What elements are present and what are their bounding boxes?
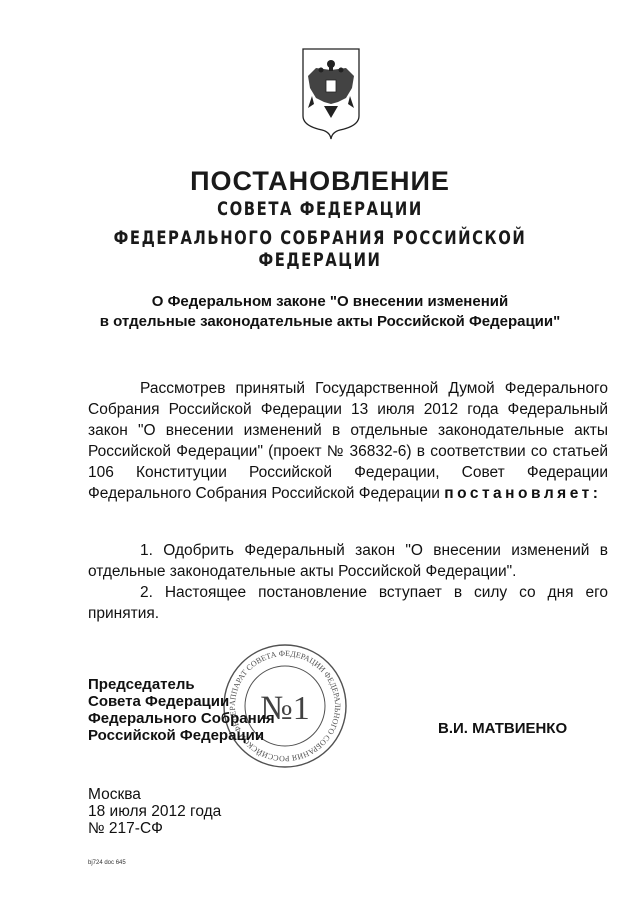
document-subject: О Федеральном законе "О внесении изменен… bbox=[80, 292, 580, 332]
subject-line-1: О Федеральном законе "О внесении изменен… bbox=[80, 292, 580, 312]
coat-of-arms-icon bbox=[300, 46, 362, 142]
preamble-paragraph: Рассмотрев принятый Государственной Думо… bbox=[88, 378, 608, 504]
resolves-word: постановляет: bbox=[444, 485, 601, 502]
resolution-item-2: 2. Настоящее постановление вступает в си… bbox=[88, 582, 608, 624]
resolution-items: 1. Одобрить Федеральный закон "О внесени… bbox=[88, 540, 608, 624]
issuer-line-1: СОВЕТА ФЕДЕРАЦИИ bbox=[70, 198, 569, 220]
technical-mark: bj724 doc 645 bbox=[88, 860, 126, 866]
subject-line-2: в отдельные законодательные акты Российс… bbox=[80, 312, 580, 332]
signatory-name: В.И. МАТВИЕНКО bbox=[438, 720, 567, 737]
position-line-2: Совета Федерации bbox=[88, 693, 275, 710]
date: 18 июля 2012 года bbox=[88, 803, 221, 820]
city: Москва bbox=[88, 786, 221, 803]
document-number: № 217-СФ bbox=[88, 820, 221, 837]
resolution-item-1: 1. Одобрить Федеральный закон "О внесени… bbox=[88, 540, 608, 582]
preamble-text: Рассмотрев принятый Государственной Думо… bbox=[88, 380, 608, 502]
position-line-3: Федерального Собрания bbox=[88, 710, 275, 727]
issuer-line-2: ФЕДЕРАЛЬНОГО СОБРАНИЯ РОССИЙСКОЙ ФЕДЕРАЦ… bbox=[70, 227, 569, 271]
signatory-position: Председатель Совета Федерации Федерально… bbox=[88, 676, 275, 744]
position-line-1: Председатель bbox=[88, 676, 275, 693]
document-footer: Москва 18 июля 2012 года № 217-СФ bbox=[88, 786, 221, 837]
document-title: ПОСТАНОВЛЕНИЕ bbox=[0, 166, 640, 197]
position-line-4: Российской Федерации bbox=[88, 727, 275, 744]
